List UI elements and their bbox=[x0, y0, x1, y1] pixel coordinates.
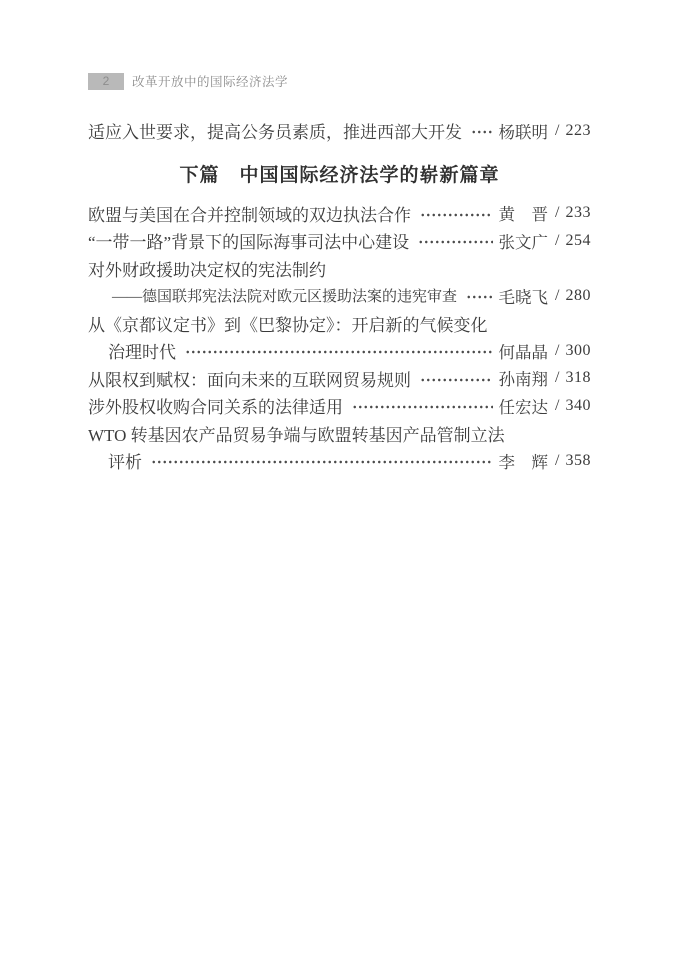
toc-entry-row: 欧盟与美国在合并控制领域的双边执法合作黄 晋/233 bbox=[88, 200, 591, 228]
toc-entry-row: ——德国联邦宪法法院对欧元区援助法案的违宪审查毛晓飞/280 bbox=[88, 282, 591, 310]
entry-page-number: 223 bbox=[566, 122, 592, 140]
entry-title-continuation: 治理时代 bbox=[88, 338, 176, 363]
entry-author: 何晶晶 bbox=[499, 339, 549, 363]
entry-page-number: 318 bbox=[566, 369, 592, 387]
toc-entry-row: WTO 转基因农产品贸易争端与欧盟转基因产品管制立法 bbox=[88, 420, 591, 448]
dot-leader bbox=[418, 227, 492, 255]
section-heading: 下篇 中国国际经济法学的崭新篇章 bbox=[88, 161, 591, 191]
toc-entry-row: 评析李 辉/358 bbox=[88, 447, 591, 475]
dot-leader bbox=[151, 447, 493, 475]
dot-leader bbox=[352, 392, 493, 420]
entry-title: “一带一路”背景下的国际海事司法中心建设 bbox=[88, 228, 409, 253]
dot-leader bbox=[420, 365, 493, 393]
toc-entry-row: 治理时代何晶晶/300 bbox=[88, 337, 591, 365]
entry-author: 李 辉 bbox=[499, 449, 549, 473]
toc-entry-row: “一带一路”背景下的国际海事司法中心建设张文广/254 bbox=[88, 227, 591, 255]
entry-author: 毛晓飞 bbox=[499, 284, 549, 308]
toc-entry-row: 从《京都议定书》到《巴黎协定》：开启新的气候变化 bbox=[88, 310, 591, 338]
toc-page: 2 改革开放中的国际经济法学 适应入世要求，提高公务员素质，推进西部大开发杨联明… bbox=[0, 0, 679, 980]
toc-entry-row: 对外财政援助决定权的宪法制约 bbox=[88, 255, 591, 283]
toc-entry-row: 从限权到赋权：面向未来的互联网贸易规则孙南翔/318 bbox=[88, 365, 591, 393]
table-of-contents: 适应入世要求，提高公务员素质，推进西部大开发杨联明/223 下篇 中国国际经济法… bbox=[88, 117, 591, 475]
page-separator: / bbox=[555, 287, 559, 305]
page-number-badge: 2 bbox=[88, 73, 124, 90]
entry-title: 涉外股权收购合同关系的法律适用 bbox=[88, 393, 343, 418]
page-separator: / bbox=[555, 397, 559, 415]
entry-page-number: 280 bbox=[566, 287, 592, 305]
entry-title: WTO 转基因农产品贸易争端与欧盟转基因产品管制立法 bbox=[88, 421, 505, 446]
entry-page-number: 300 bbox=[566, 342, 592, 360]
entry-page-number: 254 bbox=[566, 232, 592, 250]
entry-title-continuation: ——德国联邦宪法法院对欧元区援助法案的违宪审查 bbox=[88, 285, 457, 306]
entry-page-number: 358 bbox=[566, 452, 592, 470]
entry-title: 欧盟与美国在合并控制领域的双边执法合作 bbox=[88, 201, 411, 226]
entry-author: 任宏达 bbox=[499, 394, 549, 418]
entry-title: 适应入世要求，提高公务员素质，推进西部大开发 bbox=[88, 118, 462, 143]
dot-leader bbox=[420, 200, 493, 228]
toc-entry-row: 适应入世要求，提高公务员素质，推进西部大开发杨联明/223 bbox=[88, 117, 591, 145]
toc-leading-entries: 适应入世要求，提高公务员素质，推进西部大开发杨联明/223 bbox=[88, 117, 591, 145]
entry-author: 张文广 bbox=[499, 229, 549, 253]
page-separator: / bbox=[555, 342, 559, 360]
entry-author: 黄 晋 bbox=[499, 201, 549, 225]
dot-leader bbox=[185, 337, 493, 365]
entry-page-number: 233 bbox=[566, 204, 592, 222]
page-separator: / bbox=[555, 452, 559, 470]
toc-entries: 欧盟与美国在合并控制领域的双边执法合作黄 晋/233“一带一路”背景下的国际海事… bbox=[88, 200, 591, 475]
running-header: 2 改革开放中的国际经济法学 bbox=[88, 72, 591, 90]
page-separator: / bbox=[555, 204, 559, 222]
page-separator: / bbox=[555, 232, 559, 250]
dot-leader bbox=[471, 117, 493, 145]
entry-title-continuation: 评析 bbox=[88, 448, 142, 473]
entry-title: 从《京都议定书》到《巴黎协定》：开启新的气候变化 bbox=[88, 311, 488, 336]
dot-leader bbox=[466, 282, 493, 310]
page-separator: / bbox=[555, 369, 559, 387]
entry-title: 对外财政援助决定权的宪法制约 bbox=[88, 256, 326, 281]
toc-entry-row: 涉外股权收购合同关系的法律适用任宏达/340 bbox=[88, 392, 591, 420]
page-separator: / bbox=[555, 122, 559, 140]
book-title: 改革开放中的国际经济法学 bbox=[132, 72, 288, 90]
entry-author: 杨联明 bbox=[499, 119, 549, 143]
entry-author: 孙南翔 bbox=[499, 366, 549, 390]
entry-title: 从限权到赋权：面向未来的互联网贸易规则 bbox=[88, 366, 411, 391]
entry-page-number: 340 bbox=[566, 397, 592, 415]
